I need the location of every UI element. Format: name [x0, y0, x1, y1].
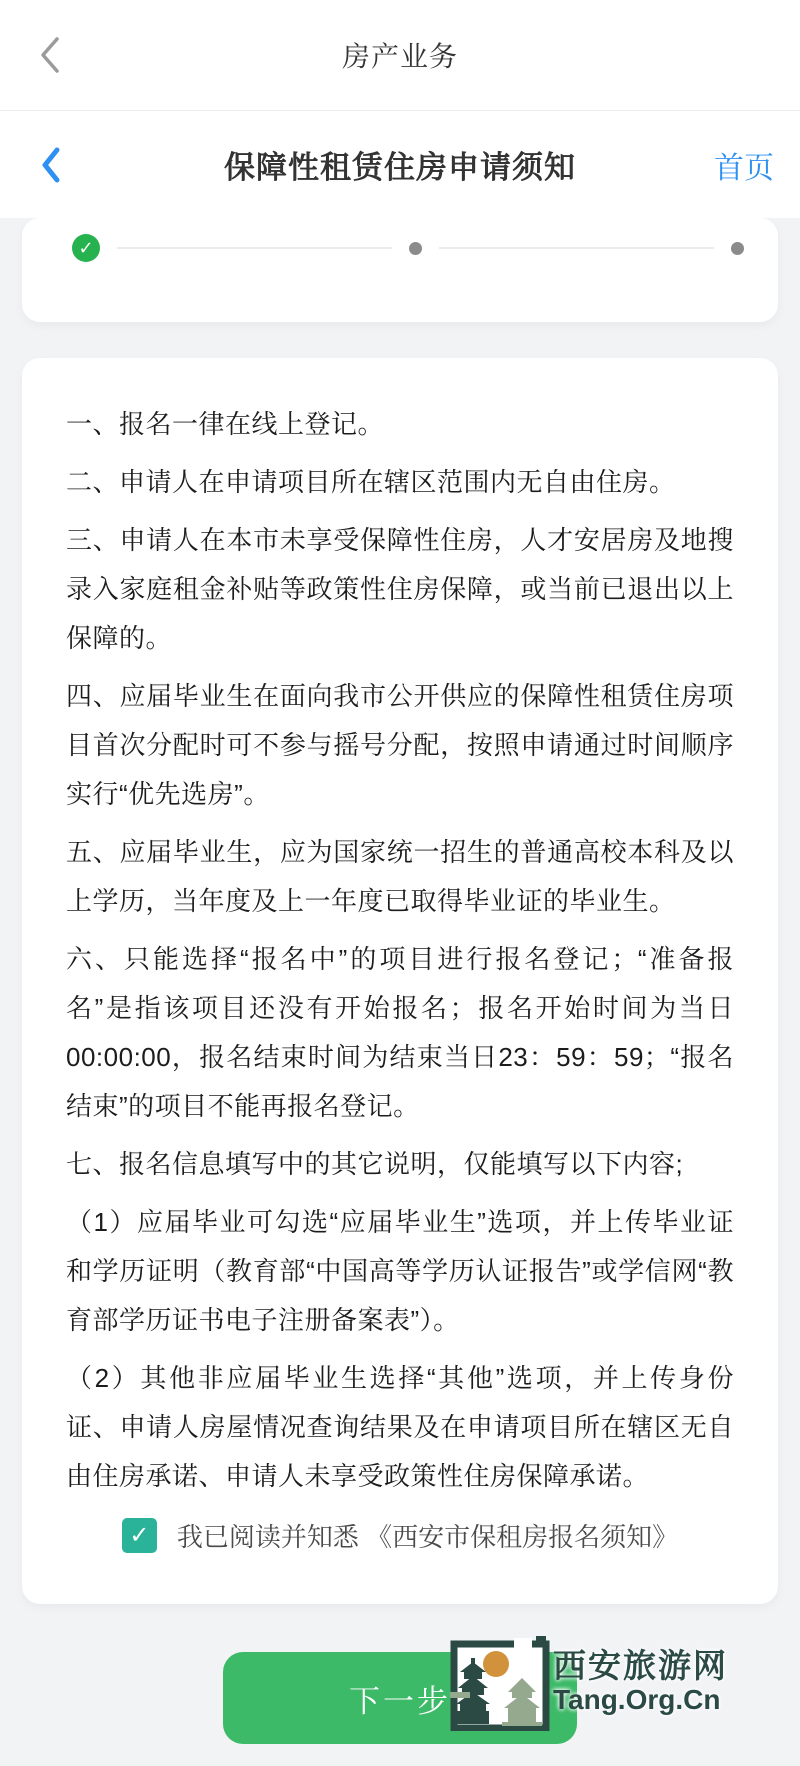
back-button[interactable]: [38, 0, 62, 110]
footer: 西安旅游网 Tang.Org.Cn 下一步: [0, 1652, 800, 1744]
notice-title: 保障性租赁住房申请须知: [0, 142, 800, 187]
check-icon: ✓: [129, 1521, 149, 1550]
sub-back-button[interactable]: [40, 111, 62, 218]
notice-paragraph: 五、应届毕业生，应为国家统一招生的普通高校本科及以上学历，当年度及上一年度已取得…: [66, 828, 734, 926]
top-nav-bar: 房产业务: [0, 0, 800, 110]
notice-paragraph: 六、只能选择“报名中”的项目进行报名登记；“准备报名”是指该项目还没有开始报名；…: [66, 935, 734, 1131]
check-glyph: ✓: [78, 238, 93, 259]
notice-card: 一、报名一律在线上登记。 二、申请人在申请项目所在辖区范围内无自由住房。 三、申…: [22, 358, 778, 1604]
sub-nav-bar: 保障性租赁住房申请须知 首页: [0, 110, 800, 218]
notice-paragraph: 四、应届毕业生在面向我市公开供应的保障性租赁住房项目首次分配时可不参与摇号分配，…: [66, 672, 734, 819]
page-title: 房产业务: [0, 35, 800, 75]
agreement-label[interactable]: 我已阅读并知悉 《西安市保租房报名须知》: [177, 1517, 678, 1554]
agreement-checkbox[interactable]: ✓: [122, 1518, 157, 1553]
chevron-left-icon: [40, 146, 62, 184]
watermark-site-url: Tang.Org.Cn: [553, 1684, 728, 1716]
notice-paragraph: 三、申请人在本市未享受保障性住房，人才安居房及地搜录入家庭租金补贴等政策性住房保…: [66, 516, 734, 663]
progress-line: [439, 247, 714, 249]
chevron-left-icon: [38, 34, 62, 76]
progress-card: ✓: [22, 218, 778, 322]
step-2-dot: [409, 242, 422, 255]
agreement-row: ✓ 我已阅读并知悉 《西安市保租房报名须知》: [66, 1517, 734, 1554]
progress-stepper: ✓: [22, 218, 778, 262]
progress-line: [117, 247, 392, 249]
next-step-button[interactable]: 下一步: [223, 1652, 577, 1744]
notice-paragraph: 二、申请人在申请项目所在辖区范围内无自由住房。: [66, 458, 734, 507]
notice-paragraph: （2）其他非应届毕业生选择“其他”选项，并上传身份证、申请人房屋情况查询结果及在…: [66, 1354, 734, 1501]
step-1-done-check-icon: ✓: [72, 234, 100, 262]
watermark-text: 西安旅游网 Tang.Org.Cn: [553, 1648, 728, 1716]
home-link[interactable]: 首页: [714, 111, 774, 218]
step-3-dot: [731, 242, 744, 255]
watermark-site-name: 西安旅游网: [553, 1648, 728, 1684]
notice-paragraph: 一、报名一律在线上登记。: [66, 400, 734, 449]
notice-paragraph: （1）应届毕业可勾选“应届毕业生”选项，并上传毕业证和学历证明（教育部“中国高等…: [66, 1198, 734, 1345]
notice-paragraph: 七、报名信息填写中的其它说明，仅能填写以下内容;: [66, 1140, 734, 1189]
page: 房产业务 保障性租赁住房申请须知 首页 ✓ 一、报名一律在线上登记。 二、申请人…: [0, 0, 800, 1744]
